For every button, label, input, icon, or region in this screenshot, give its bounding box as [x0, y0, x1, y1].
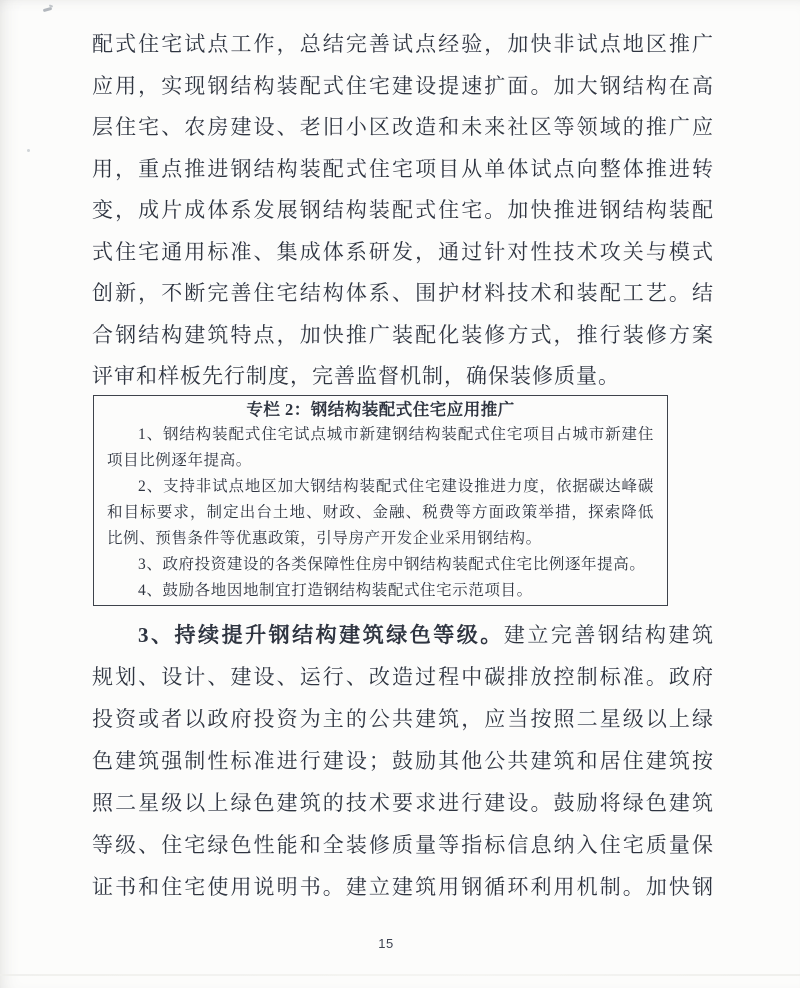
text-line: 创新，不断完善住宅结构体系、围护材料技术和装配工艺。结	[92, 273, 714, 315]
scan-artifact-speck	[27, 149, 30, 152]
scan-artifact-bottom-edge	[0, 974, 800, 976]
text-line: 用，重点推进钢结构装配式住宅项目从单体试点向整体推进转	[92, 149, 714, 191]
callout-line: 2、支持非试点地区加大钢结构装配式住宅建设推进力度，依据碳达峰碳中	[94, 474, 667, 500]
text-line: 证书和住宅使用说明书。建立建筑用钢循环利用机制。加快钢	[92, 866, 714, 908]
text-line: 评审和样板先行制度，完善监督机制，确保装修质量。	[92, 356, 714, 398]
scan-artifact-pen-mark	[43, 7, 52, 12]
callout-box-title: 专栏 2：钢结构装配式住宅应用推广	[94, 396, 667, 422]
text-line: 合钢结构建筑特点，加快推广装配化装修方式，推行装修方案	[92, 315, 714, 357]
document-page: 配式住宅试点工作，总结完善试点经验，加快非试点地区推广 应用，实现钢结构装配式住…	[0, 0, 800, 988]
text-line: 式住宅通用标准、集成体系研发，通过针对性技术攻关与模式	[92, 232, 714, 274]
text-line: 配式住宅试点工作，总结完善试点经验，加快非试点地区推广	[92, 24, 714, 66]
text-line: 规划、设计、建设、运行、改造过程中碳排放控制标准。政府	[92, 656, 714, 698]
section-heading-rest: 建立完善钢结构建筑	[504, 623, 714, 647]
callout-box: 专栏 2：钢结构装配式住宅应用推广 1、钢结构装配式住宅试点城市新建钢结构装配式…	[93, 395, 668, 606]
text-line: 投资或者以政府投资为主的公共建筑，应当按照二星级以上绿	[92, 698, 714, 740]
text-line-heading: 3、持续提升钢结构建筑绿色等级。建立完善钢结构建筑	[92, 614, 714, 656]
callout-line: 项目比例逐年提高。	[94, 448, 667, 474]
page-number: 15	[0, 936, 772, 951]
text-line: 应用，实现钢结构装配式住宅建设提速扩面。加大钢结构在高	[92, 66, 714, 108]
text-line: 层住宅、农房建设、老旧小区改造和未来社区等领域的推广应	[92, 107, 714, 149]
callout-line: 和目标要求，制定出台土地、财政、金融、税费等方面政策举措，探索降低首付	[94, 500, 667, 526]
callout-line: 3、政府投资建设的各类保障性住房中钢结构装配式住宅比例逐年提高。	[94, 552, 667, 578]
section-heading: 3、持续提升钢结构建筑绿色等级。	[138, 623, 504, 647]
text-line: 等级、住宅绿色性能和全装修质量等指标信息纳入住宅质量保	[92, 824, 714, 866]
text-line: 变，成片成体系发展钢结构装配式住宅。加快推进钢结构装配	[92, 190, 714, 232]
text-line: 照二星级以上绿色建筑的技术要求进行建设。鼓励将绿色建筑	[92, 782, 714, 824]
callout-line: 4、鼓励各地因地制宜打造钢结构装配式住宅示范项目。	[94, 578, 667, 604]
body-paragraph-section-3: 3、持续提升钢结构建筑绿色等级。建立完善钢结构建筑 规划、设计、建设、运行、改造…	[92, 614, 714, 908]
text-line: 色建筑强制性标准进行建设；鼓励其他公共建筑和居住建筑按	[92, 740, 714, 782]
callout-line: 比例、预售条件等优惠政策，引导房产开发企业采用钢结构。	[94, 526, 667, 552]
callout-line: 1、钢结构装配式住宅试点城市新建钢结构装配式住宅项目占城市新建住宅	[94, 422, 667, 448]
body-paragraph-continuation: 配式住宅试点工作，总结完善试点经验，加快非试点地区推广 应用，实现钢结构装配式住…	[92, 24, 714, 398]
